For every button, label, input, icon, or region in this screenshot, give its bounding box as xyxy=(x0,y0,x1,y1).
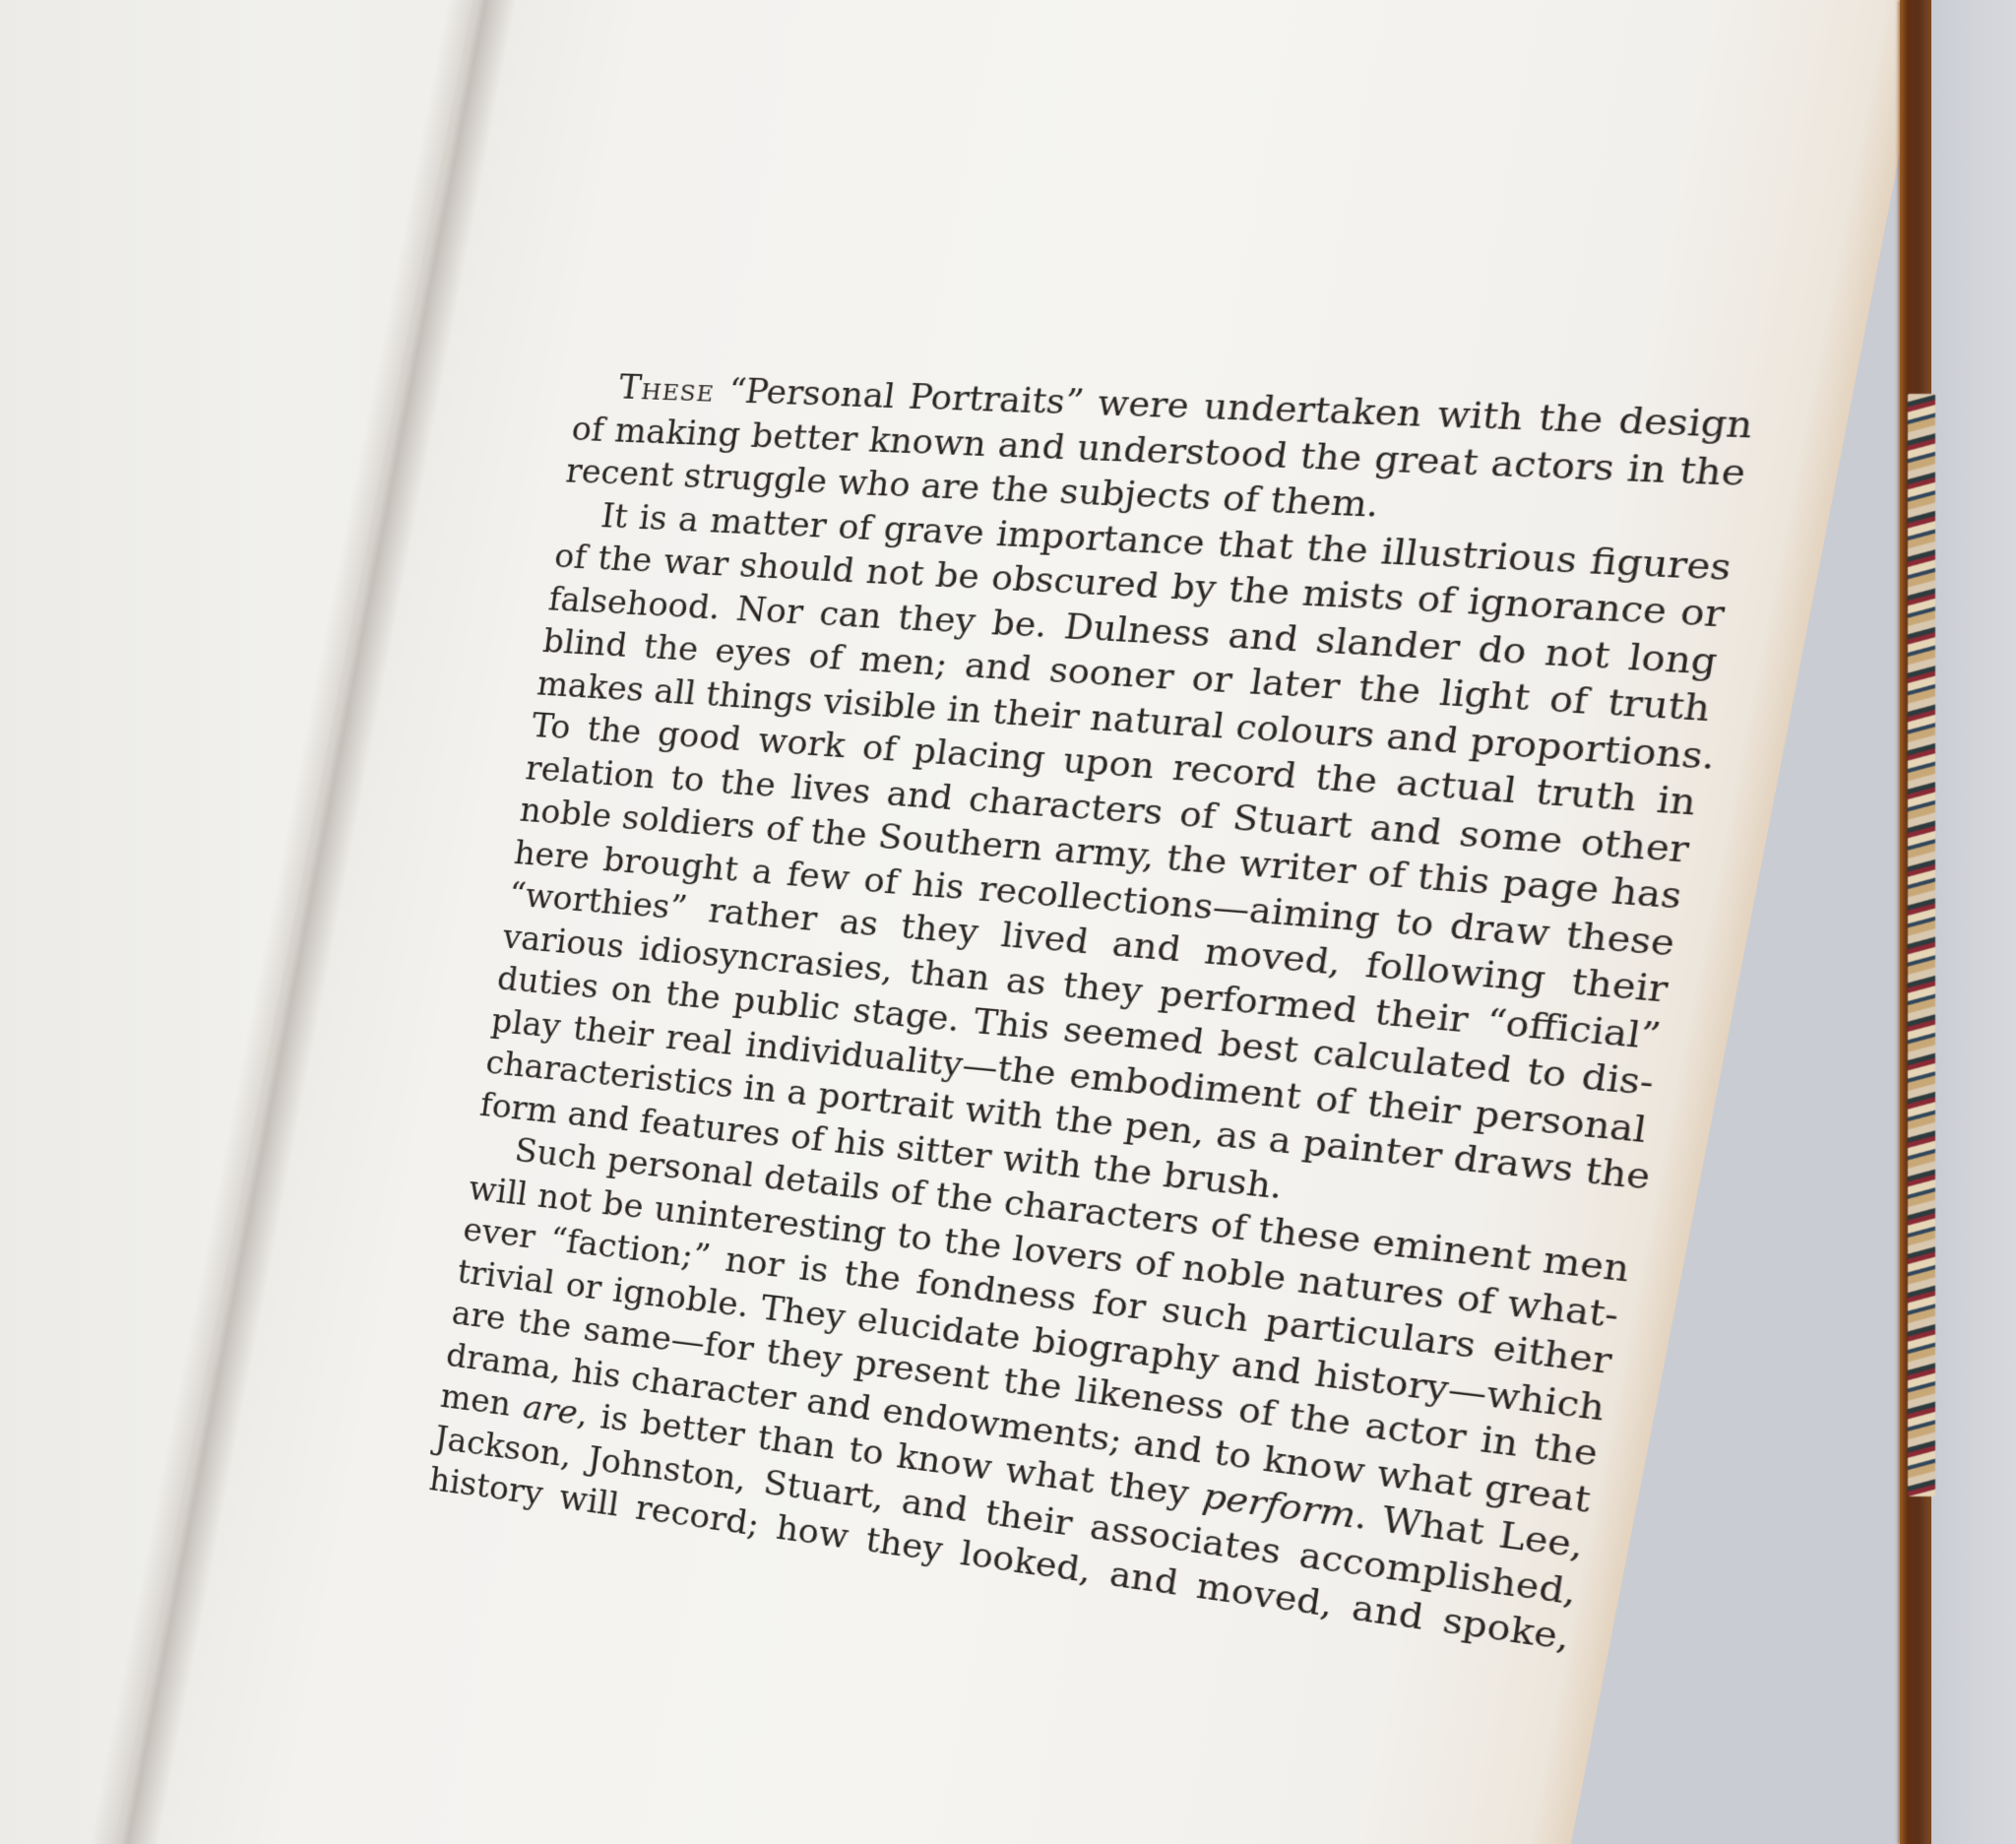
book-photo: These “Personal Portraits” were undertak… xyxy=(0,0,2016,1844)
preface-text: These “Personal Portraits” were undertak… xyxy=(427,364,1756,1661)
lead-word: These xyxy=(616,367,718,409)
emphasis: are xyxy=(521,1387,580,1431)
paragraph-2: It is a matter of grave importance that … xyxy=(477,492,1734,1246)
marbled-endpaper xyxy=(1908,394,1935,1496)
